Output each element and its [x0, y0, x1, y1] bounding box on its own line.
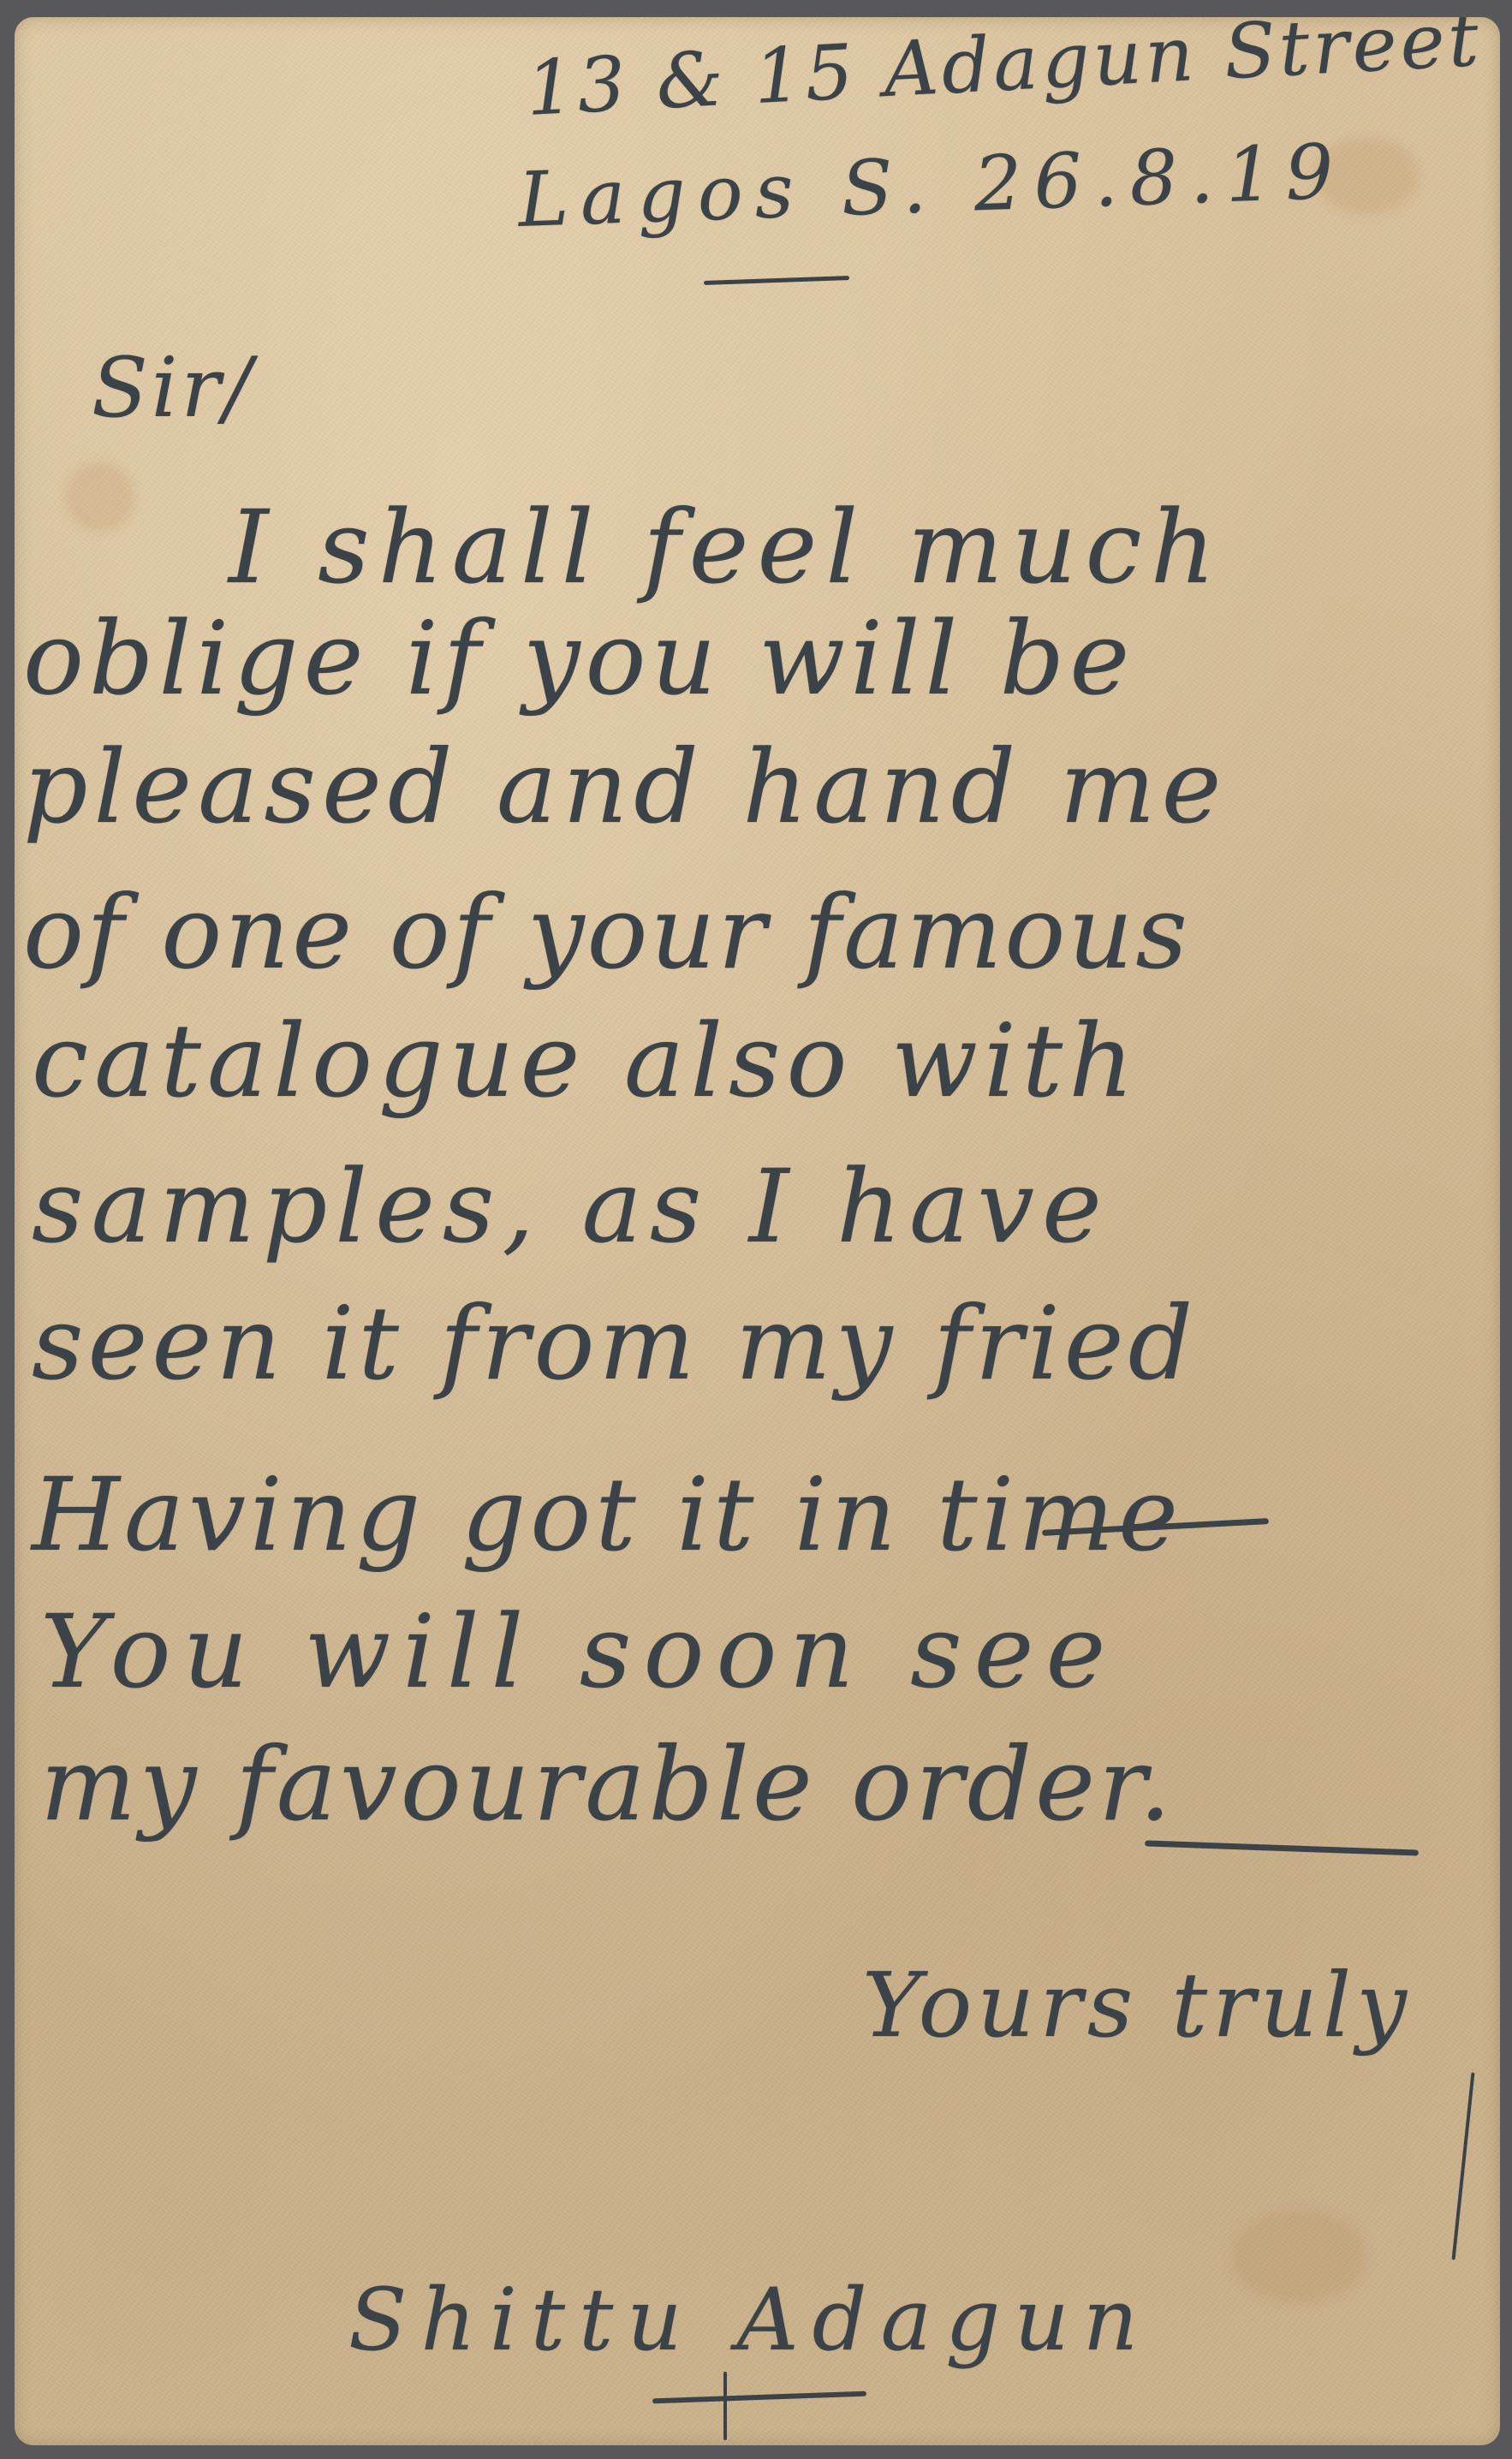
body-line-2: oblige if you will be [23, 608, 1134, 709]
postcard: 13 & 15 Adagun Street Lagos S. 26.8.19 S… [15, 17, 1500, 2445]
address-line-1: 13 & 15 Adagun Street [524, 17, 1484, 127]
closing-flourish [1145, 1840, 1419, 1855]
body-line-8: Having got it in time [32, 1464, 1182, 1565]
closing: Yours truly [862, 1961, 1412, 2050]
body-line-9: You will soon see [40, 1601, 1117, 1702]
closing-tail [1452, 2072, 1475, 2260]
body-line-4: of one of your famous [23, 882, 1190, 983]
paper-stain [1230, 2209, 1367, 2303]
signature: Shittu Adagun [348, 2277, 1152, 2363]
body-line-3: pleased and hand me [23, 736, 1227, 837]
body-line-7: seen it from my fried [32, 1293, 1197, 1394]
signature-underline [652, 2391, 866, 2404]
body-line-5: catalogue also with [32, 1010, 1140, 1111]
body-line-10: my favourable order. [40, 1734, 1175, 1835]
body-line-6: samples, as I have [32, 1156, 1110, 1257]
salutation: Sir/ [92, 347, 255, 429]
address-underline [704, 276, 849, 285]
signature-underline-tick [723, 2372, 727, 2440]
body-line-1: I shall feel much [229, 497, 1224, 598]
paper-stain [66, 462, 134, 531]
address-line-2-date: Lagos S. 26.8.19 [517, 134, 1347, 238]
